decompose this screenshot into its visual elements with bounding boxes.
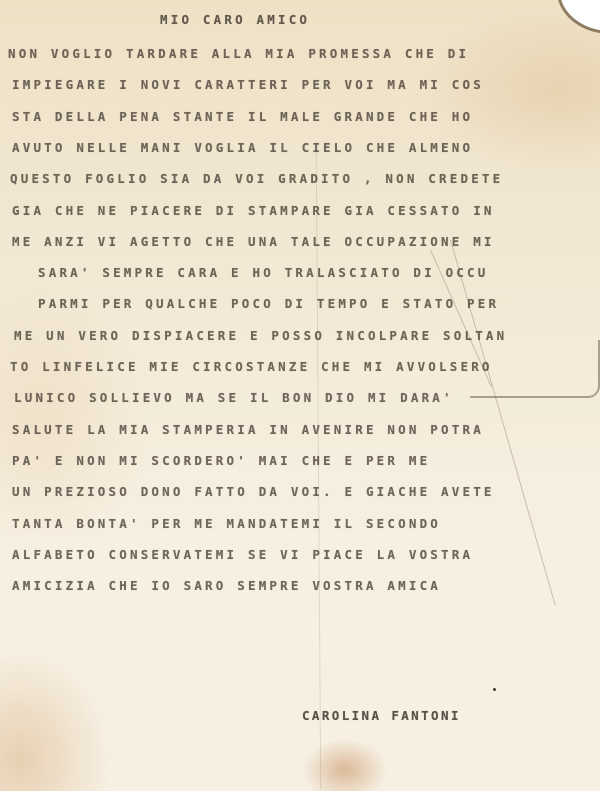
letter-line: NON VOGLIO TARDARE ALLA MIA PROMESSA CHE… — [8, 46, 469, 61]
letter-line: TO LINFELICE MIE CIRCOSTANZE CHE MI AVVO… — [10, 359, 493, 374]
letter-line: SALUTE LA MIA STAMPERIA IN AVENIRE NON P… — [12, 422, 484, 437]
letter-page: MIO CARO AMICO NON VOGLIO TARDARE ALLA M… — [0, 0, 600, 791]
letter-line: ALFABETO CONSERVATEMI SE VI PIACE LA VOS… — [12, 547, 473, 562]
letter-line: TANTA BONTA' PER ME MANDATEMI IL SECONDO — [12, 516, 441, 531]
letter-line: LUNICO SOLLIEVO MA SE IL BON DIO MI DARA… — [14, 390, 454, 405]
salutation: MIO CARO AMICO — [160, 12, 310, 27]
letter-line: AVUTO NELLE MANI VOGLIA IL CIELO CHE ALM… — [12, 140, 473, 155]
letter-line: IMPIEGARE I NOVI CARATTERI PER VOI MA MI… — [12, 77, 484, 92]
letter-line: SARA' SEMPRE CARA E HO TRALASCIATO DI OC… — [38, 265, 488, 280]
letter-line: PA' E NON MI SCORDERO' MAI CHE E PER ME — [12, 453, 430, 468]
letter-line: PARMI PER QUALCHE POCO DI TEMPO E STATO … — [38, 296, 499, 311]
letter-line: ME UN VERO DISPIACERE E POSSO INCOLPARE … — [14, 328, 507, 343]
letter-line: UN PREZIOSO DONO FATTO DA VOI. E GIACHE … — [12, 484, 495, 499]
letter-line: GIA CHE NE PIACERE DI STAMPARE GIA CESSA… — [12, 203, 495, 218]
ink-dot — [493, 688, 496, 691]
page-corner-curl — [552, 0, 600, 35]
letter-line: ME ANZI VI AGETTO CHE UNA TALE OCCUPAZIO… — [12, 234, 495, 249]
letter-line: STA DELLA PENA STANTE IL MALE GRANDE CHE… — [12, 109, 473, 124]
letter-line: QUESTO FOGLIO SIA DA VOI GRADITO , NON C… — [10, 171, 503, 186]
letter-line: AMICIZIA CHE IO SARO SEMPRE VOSTRA AMICA — [12, 578, 441, 593]
signature: CAROLINA FANTONI — [302, 708, 461, 723]
